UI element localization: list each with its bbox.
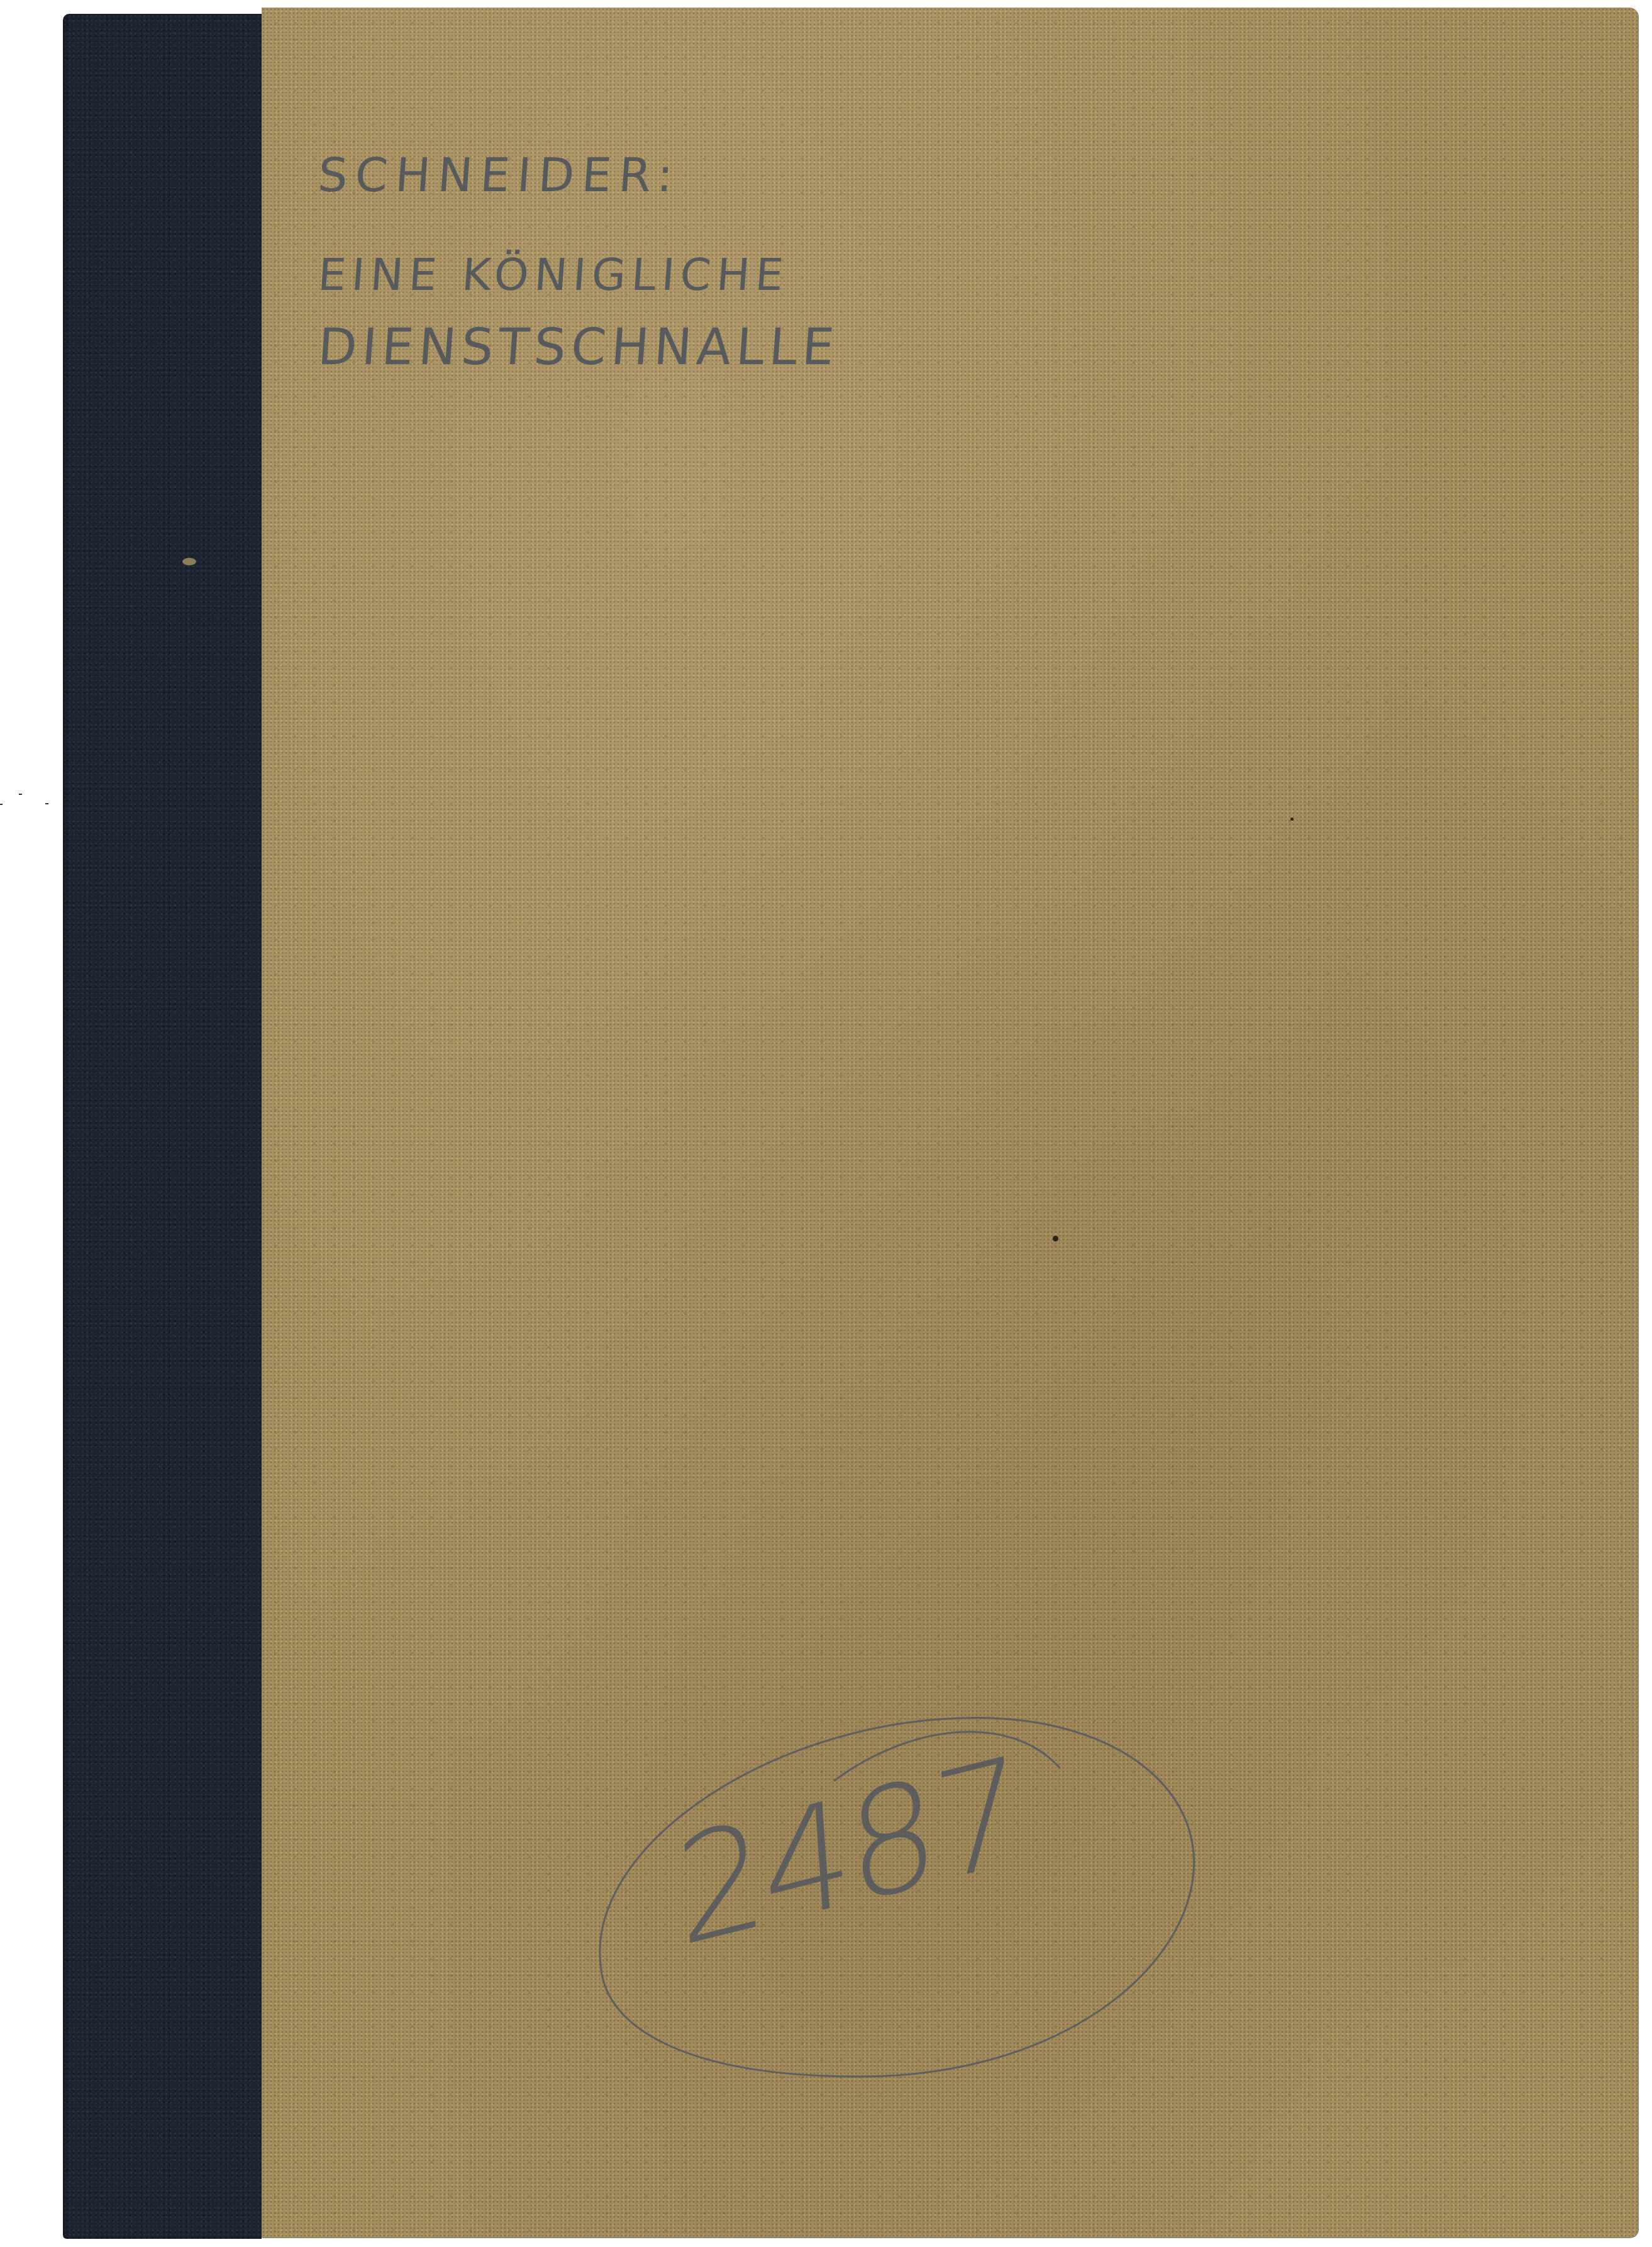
scan-artifact [45,803,48,804]
book-spine [63,14,262,2239]
title-line-2: EINE KÖNIGLICHE [317,253,841,297]
handwritten-title: SCHNEIDER: EINE KÖNIGLICHE DIENSTSCHNALL… [318,152,839,372]
title-line-3: DIENSTSCHNALLE [316,322,841,372]
cover-speck [1053,1236,1058,1241]
cover-speck [1290,818,1294,821]
scan-artifact [0,804,3,805]
book: SCHNEIDER: EINE KÖNIGLICHE DIENSTSCHNALL… [63,8,1638,2239]
title-author: SCHNEIDER: [316,152,840,199]
spine-blemish [182,558,196,565]
book-front-cover: SCHNEIDER: EINE KÖNIGLICHE DIENSTSCHNALL… [262,8,1638,2238]
scan-artifact [19,794,22,795]
